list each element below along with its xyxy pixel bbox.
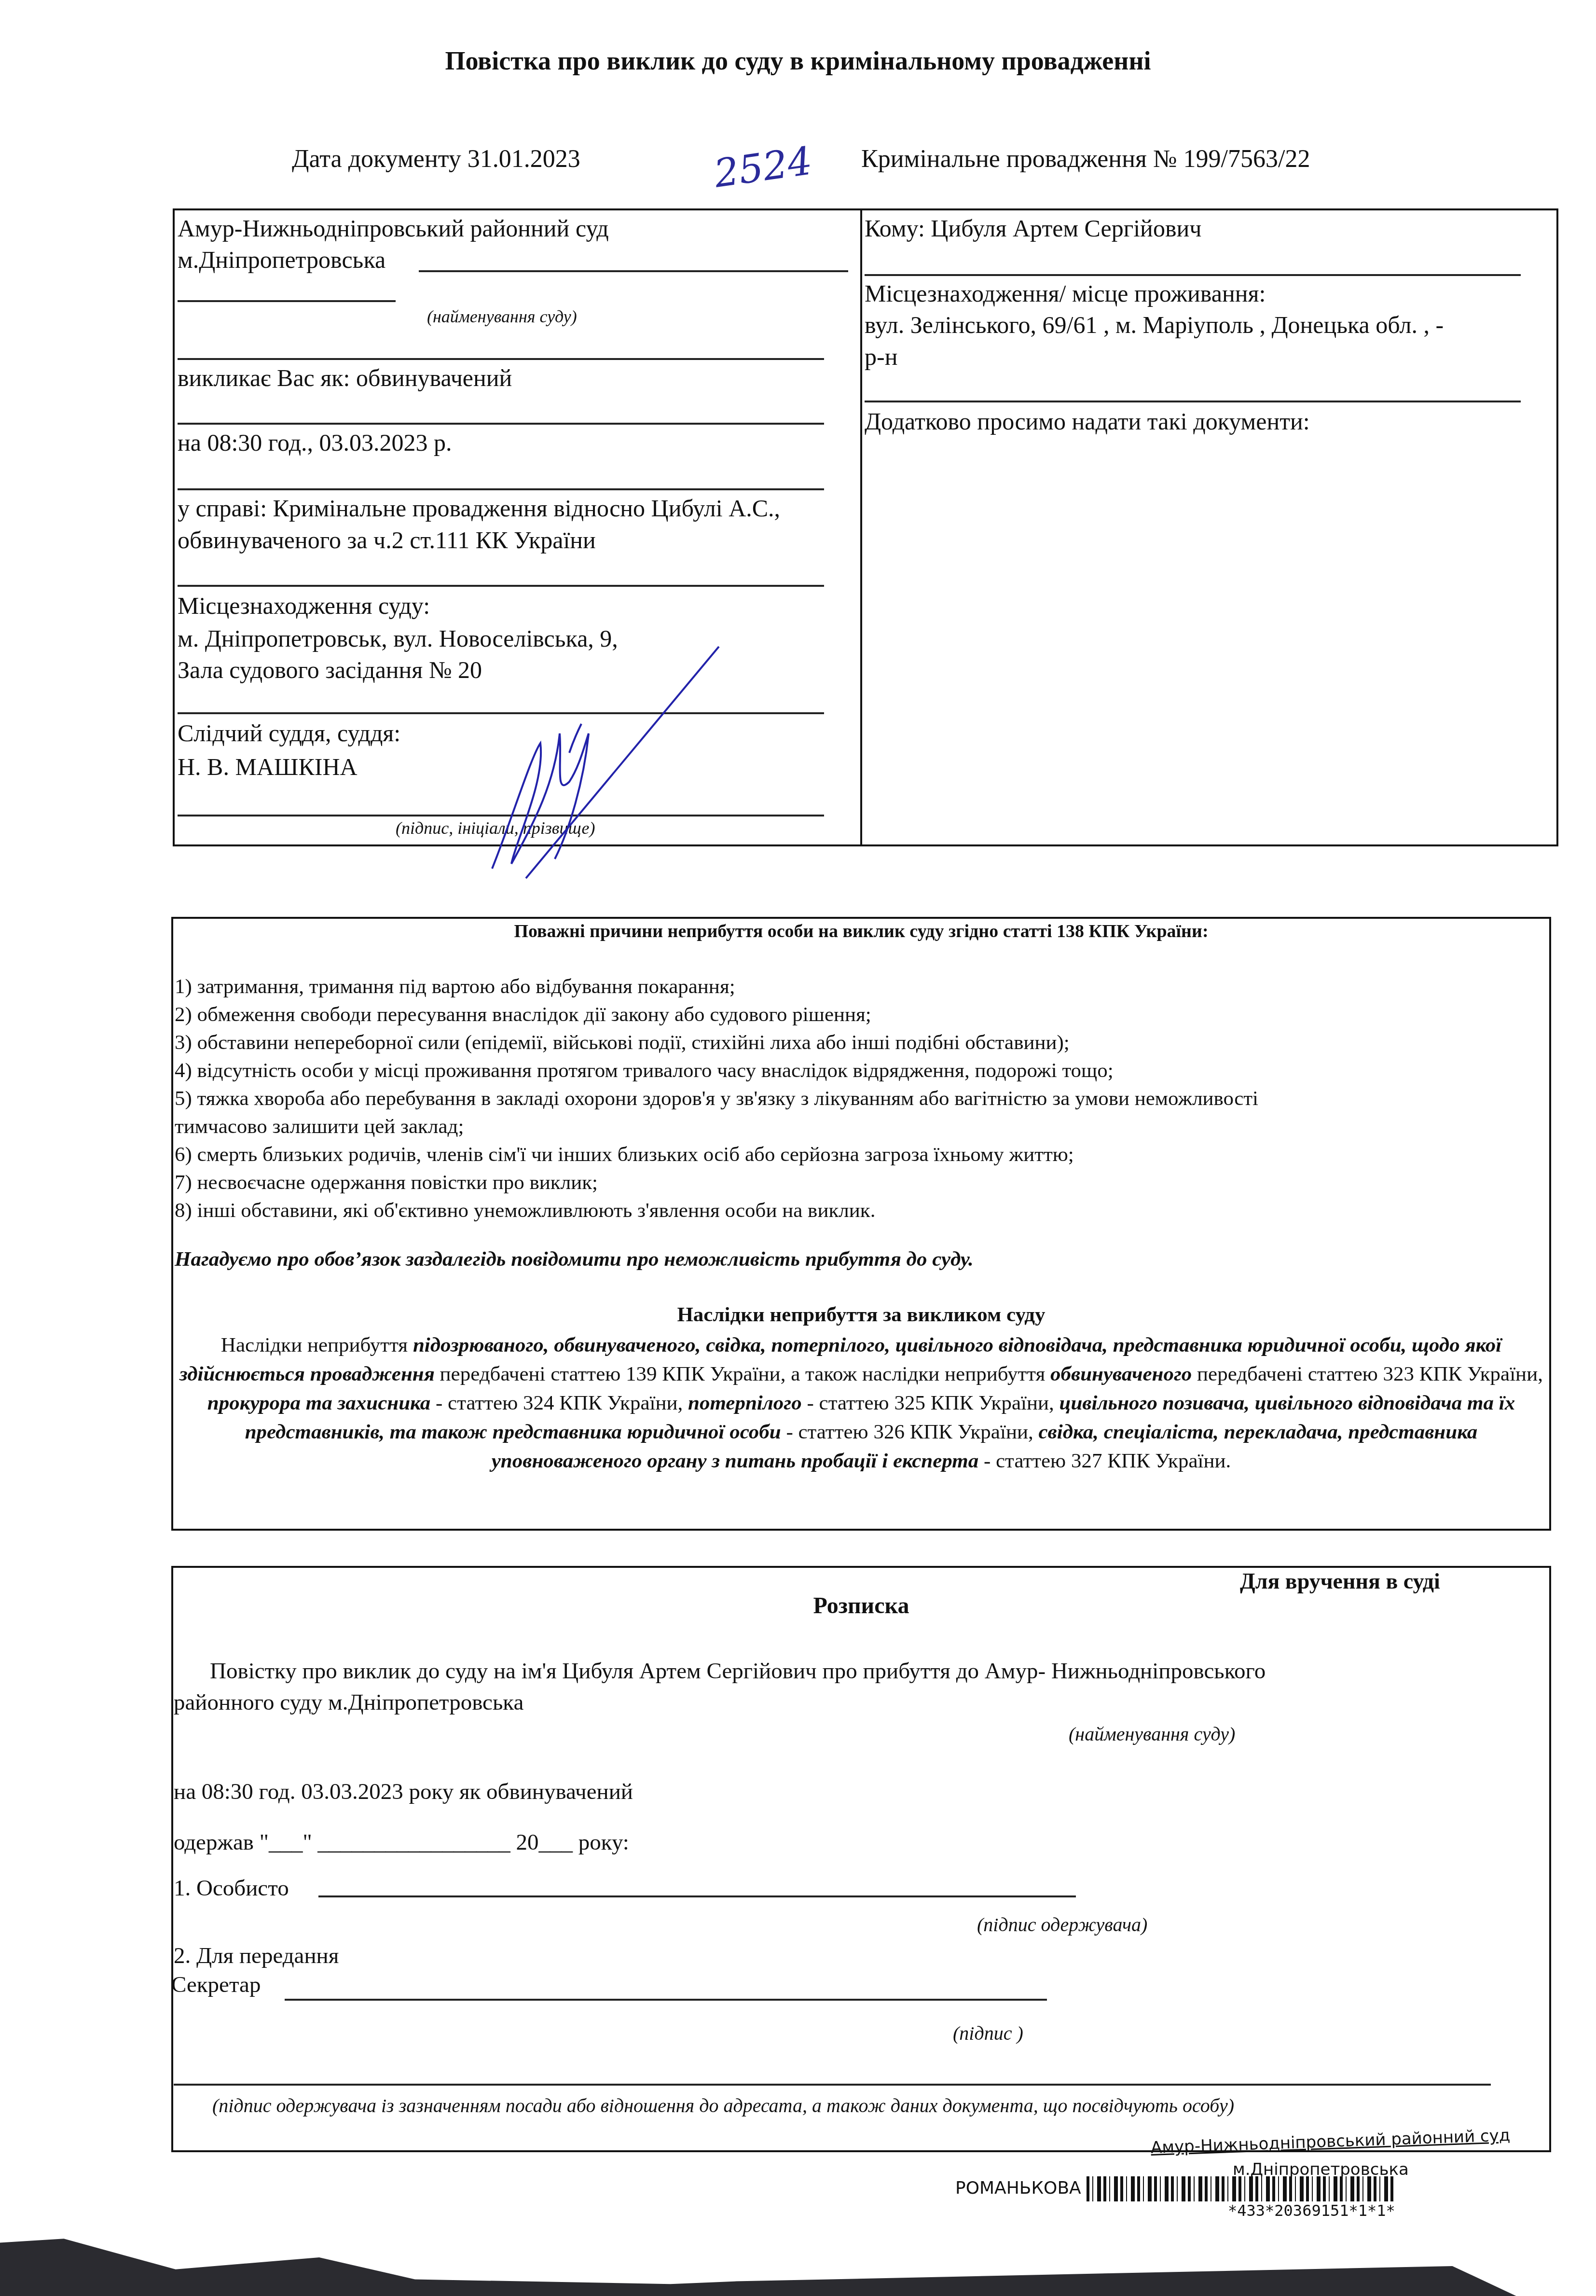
scan-shadow [0,2229,1596,2296]
barcode-number: *433*20369151*1*1* [1228,2201,1395,2220]
for-court-label: Для вручення в суді [1240,1568,1440,1594]
reason-item: 3) обставини непереборної сили (епідемії… [175,1029,1258,1057]
secretary-signature-caption: (підпис ) [953,2022,1023,2045]
secretary-label: Секретар [171,1969,261,2001]
court-name-caption: (найменування суду) [427,306,577,327]
separator-line [178,488,824,490]
summoned-as: викликає Вас як: обвинувачений [178,362,512,394]
document-date: Дата документу 31.01.2023 [292,145,580,173]
judge-label: Слідчий суддя, суддя: [178,717,400,749]
receipt-box [171,1566,1551,2152]
receipt-title: Розписка [171,1592,1551,1619]
stamp-barcode-row: РОМАНЬКОВА [955,2176,1395,2201]
judge-signature-icon [458,637,748,888]
consequences-text: Наслідки неприбуття підозрюваного, обвин… [176,1331,1546,1476]
documents-request-label: Додатково просимо надати такі документи: [865,405,1310,437]
receipt-text-line1: Повістку про виклик до суду на ім'я Цибу… [210,1655,1266,1687]
clerk-name: РОМАНЬКОВА [955,2178,1081,2198]
personally-label: 1. Особисто [174,1872,289,1904]
separator-line [865,274,1521,276]
reason-item: 4) відсутність особи у місці проживання … [175,1057,1258,1085]
case-description-line2: обвинуваченого за ч.2 ст.111 КК України [178,524,596,556]
separator-line [178,358,824,360]
handwritten-number: 2524 [712,138,815,196]
reason-item: тимчасово залишити цей заклад; [175,1113,1258,1141]
receipt-datetime: на 08:30 год. 03.03.2023 року як обвинув… [174,1776,633,1808]
blank-line [419,270,848,272]
bottom-signature-line[interactable] [174,2084,1491,2086]
address-label: Місцезнаходження/ місце проживання: [865,277,1266,309]
court-location-label: Місцезнаходження суду: [178,590,430,622]
bottom-signature-caption: (підпис одержувача із зазначенням посади… [212,2094,1234,2117]
separator-line [178,423,824,425]
reasons-list: 1) затримання, тримання під вартою або в… [175,973,1258,1225]
reasons-heading: Поважні причини неприбуття особи на викл… [171,921,1551,942]
receipt-court-caption: (найменування суду) [1069,1723,1235,1745]
reason-item: 2) обмеження свободи пересування внаслід… [175,1001,1258,1029]
for-transfer-label: 2. Для передання [174,1940,339,1972]
receipt-text-line2: районного суду м.Дніпропетровська [174,1687,523,1718]
court-name-line2: м.Дніпропетровська [178,244,385,276]
courtroom: Зала судового засідання № 20 [178,654,482,686]
blank-line [178,300,396,302]
received-date-field[interactable]: одержав "___" _________________ 20___ ро… [174,1826,629,1858]
hearing-datetime: на 08:30 год., 03.03.2023 р. [178,427,452,458]
reason-item: 8) інші обставини, які об'єктивно унемож… [175,1197,1258,1225]
reason-item: 6) смерть близьких родичів, членів сім'ї… [175,1141,1258,1169]
reason-item: 7) несвоєчасне одержання повістки про ви… [175,1169,1258,1197]
recipient-signature-caption: (підпис одержувача) [977,1913,1147,1936]
document-title: Повістка про виклик до суду в кримінальн… [0,46,1596,76]
recipient-name: Кому: Цибуля Артем Сергійович [865,212,1201,244]
recipient-address: вул. Зелінського, 69/61 , м. Маріуполь ,… [865,309,1444,341]
secretary-signature-line[interactable] [285,1999,1047,2001]
column-divider [860,208,862,846]
reminder-text: Нагадуємо про обов’язок заздалегідь пові… [175,1247,974,1271]
reason-item: 1) затримання, тримання під вартою або в… [175,973,1258,1001]
case-description-line1: у справі: Кримінальне провадження віднос… [178,492,780,524]
case-number: Кримінальне провадження № 199/7563/22 [861,145,1310,173]
court-name-line1: Амур-Нижньодніпровський районний суд [178,212,609,244]
separator-line [178,585,824,587]
recipient-signature-line[interactable] [318,1895,1076,1897]
judge-name: Н. В. МАШКІНА [178,751,358,783]
consequences-heading: Наслідки неприбуття за викликом суду [171,1303,1551,1327]
reason-item: 5) тяжка хвороба або перебування в закла… [175,1085,1258,1113]
recipient-address-district: р-н [865,341,897,373]
barcode-icon [1087,2176,1395,2201]
separator-line [865,401,1521,402]
